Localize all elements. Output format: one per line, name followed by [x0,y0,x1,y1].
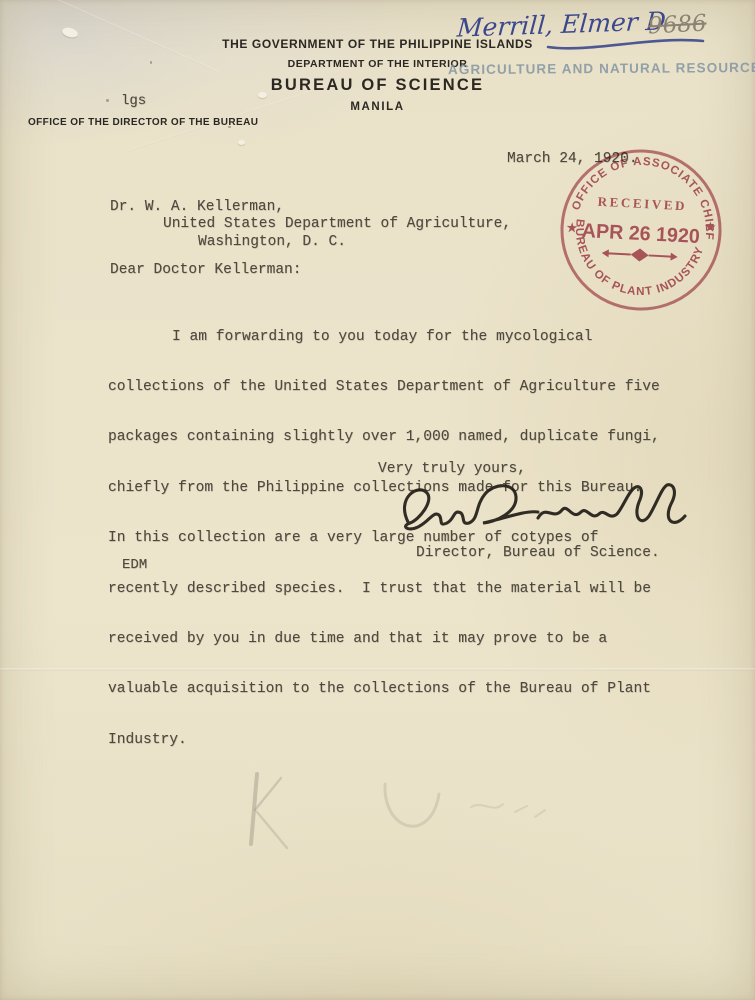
body-line: received by you in due time and that it … [108,631,683,648]
closing-line: Very truly yours, [378,461,526,477]
recipient-name-line: Dr. W. A. Kellerman, [110,199,284,215]
sender-initials: EDM [122,557,147,573]
letterhead-city: MANILA [0,101,755,113]
body-line: collections of the United States Departm… [108,379,683,396]
stamp-left-star-icon: ★ [565,219,578,236]
body-line: Industry. [108,732,683,749]
body-line: valuable acquisition to the collections … [108,681,683,698]
letterhead-bureau-name: BUREAU OF SCIENCE [0,76,755,95]
stamp-arrow-ornament-icon [601,246,678,263]
stamp-date: APR 26 1920 [581,220,700,248]
stamp-received-label: RECEIVED [597,194,687,214]
body-line: I am forwarding to you today for the myc… [108,329,683,346]
paper-blemish [238,140,245,145]
pencil-scribble [235,762,565,867]
body-line: recently described species. I trust that… [108,581,683,598]
recipient-org-line: United States Department of Agriculture, [163,216,511,232]
agriculture-overstamp: AGRICULTURE AND NATURAL RESOURCES [448,60,755,77]
typist-initials: lgs [121,93,146,109]
letterhead-government-line: THE GOVERNMENT OF THE PHILIPPINE ISLANDS [0,37,755,51]
signature-scrawl [388,476,698,548]
stamp-right-star-icon: ★ [704,218,717,235]
signature-title: Director, Bureau of Science. [416,545,660,561]
scanned-letter-page: Merrill, Elmer D 9686 THE GOVERNMENT OF … [0,0,755,1000]
salutation: Dear Doctor Kellerman: [110,262,301,278]
body-line: packages containing slightly over 1,000 … [108,429,683,446]
recipient-city-line: Washington, D. C. [198,234,346,250]
letterhead-office-line: OFFICE OF THE DIRECTOR OF THE BUREAU [28,117,258,128]
